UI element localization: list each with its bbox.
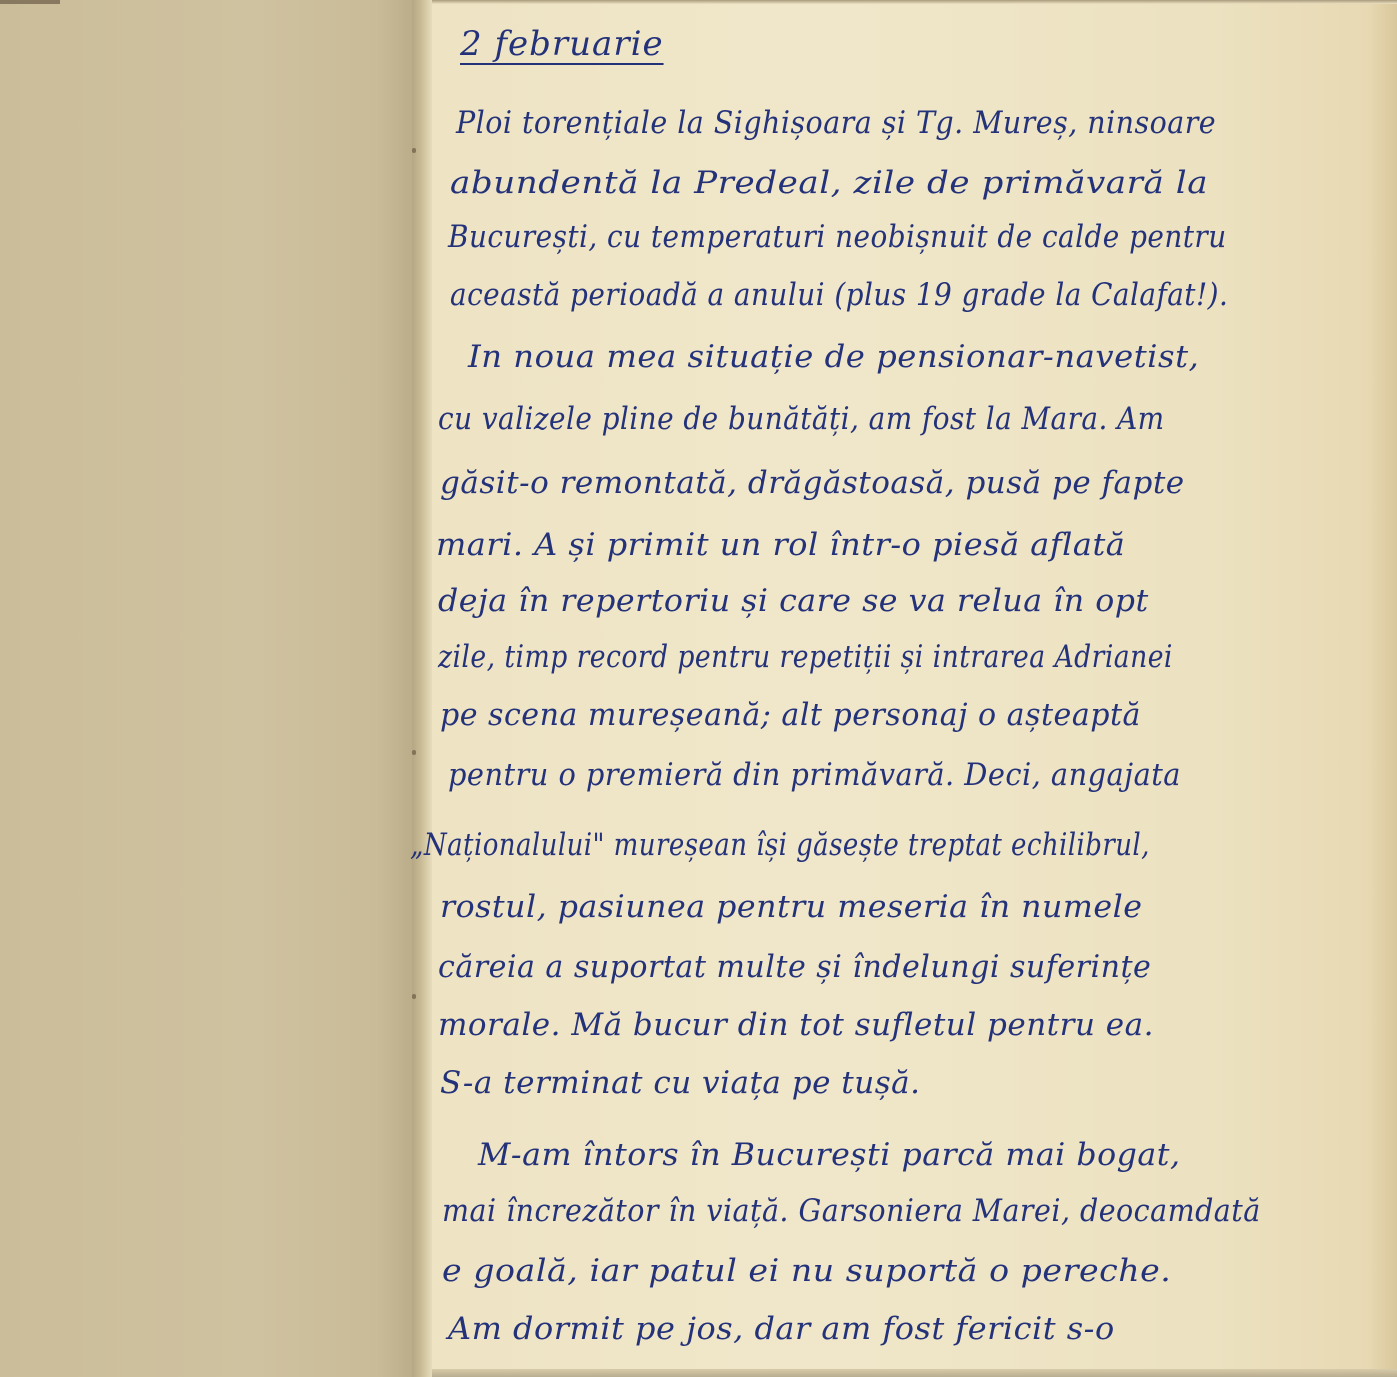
- entry-line: „Naționalului" mureșean își găsește trep…: [410, 830, 1150, 861]
- entry-line: această perioadă a anului (plus 19 grade…: [450, 280, 1228, 311]
- entry-line: găsit-o remontată, drăgăstoasă, pusă pe …: [440, 468, 1185, 499]
- notebook-spread: 2 februarie Ploi torențiale la Sighișoar…: [0, 0, 1397, 1377]
- entry-line: Ploi torențiale la Sighișoara și Tg. Mur…: [456, 108, 1216, 139]
- entry-line: zile, timp record pentru repetiții și in…: [438, 642, 1173, 673]
- entry-line: București, cu temperaturi neobișnuit de …: [448, 222, 1227, 253]
- diary-entry: 2 februarie Ploi torențiale la Sighișoar…: [432, 0, 1397, 1377]
- entry-line: pe scena mureșeană; alt personaj o aștea…: [440, 700, 1141, 731]
- binding-staple-mark: [412, 750, 416, 755]
- page-bottom-edge: [432, 1369, 1397, 1377]
- entry-line: mai încrezător în viață. Garsoniera Mare…: [442, 1196, 1261, 1227]
- right-written-page: 2 februarie Ploi torențiale la Sighișoar…: [432, 0, 1397, 1377]
- binding-staple-mark: [412, 148, 416, 153]
- entry-line: M-am întors în București parcă mai bogat…: [478, 1140, 1181, 1171]
- entry-line: In noua mea situație de pensionar-naveti…: [468, 342, 1199, 373]
- entry-line: mari. A și primit un rol într-o piesă af…: [436, 530, 1125, 561]
- page-corner-shadow: [0, 0, 60, 4]
- entry-line: cu valizele pline de bunătăți, am fost l…: [438, 404, 1165, 435]
- entry-line: e goală, iar patul ei nu suportă o perec…: [442, 1256, 1171, 1287]
- entry-line: pentru o premieră din primăvară. Deci, a…: [448, 760, 1181, 791]
- entry-line: deja în repertoriu și care se va relua î…: [438, 586, 1149, 617]
- left-blank-page: [0, 0, 420, 1377]
- entry-line: căreia a suportat multe și îndelungi suf…: [438, 952, 1151, 983]
- entry-date-heading: 2 februarie: [460, 24, 664, 64]
- binding-staple-mark: [412, 994, 416, 999]
- entry-line: rostul, pasiunea pentru meseria în numel…: [440, 892, 1142, 923]
- entry-line: morale. Mă bucur din tot sufletul pentru…: [438, 1010, 1154, 1041]
- entry-line: S-a terminat cu viața pe tușă.: [440, 1068, 920, 1099]
- entry-line: abundentă la Predeal, zile de primăvară …: [450, 168, 1208, 199]
- entry-line: Am dormit pe jos, dar am fost fericit s-…: [448, 1314, 1115, 1345]
